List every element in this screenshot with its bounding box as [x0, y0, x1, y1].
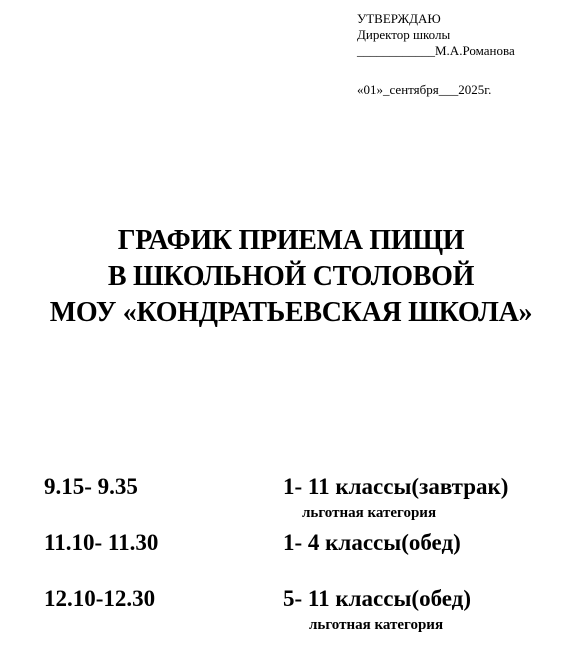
schedule-note: льготная категория: [309, 616, 443, 634]
meal-schedule: 9.15- 9.35 1- 11 классы(завтрак) льготна…: [0, 0, 582, 659]
schedule-group: 5- 11 классы(обед): [283, 586, 471, 612]
schedule-group: 1- 11 классы(завтрак): [283, 474, 508, 500]
schedule-time: 12.10-12.30: [44, 586, 155, 612]
schedule-group: 1- 4 классы(обед): [283, 530, 461, 556]
schedule-time: 9.15- 9.35: [44, 474, 138, 500]
schedule-time: 11.10- 11.30: [44, 530, 158, 556]
schedule-note: льготная категория: [302, 504, 436, 522]
